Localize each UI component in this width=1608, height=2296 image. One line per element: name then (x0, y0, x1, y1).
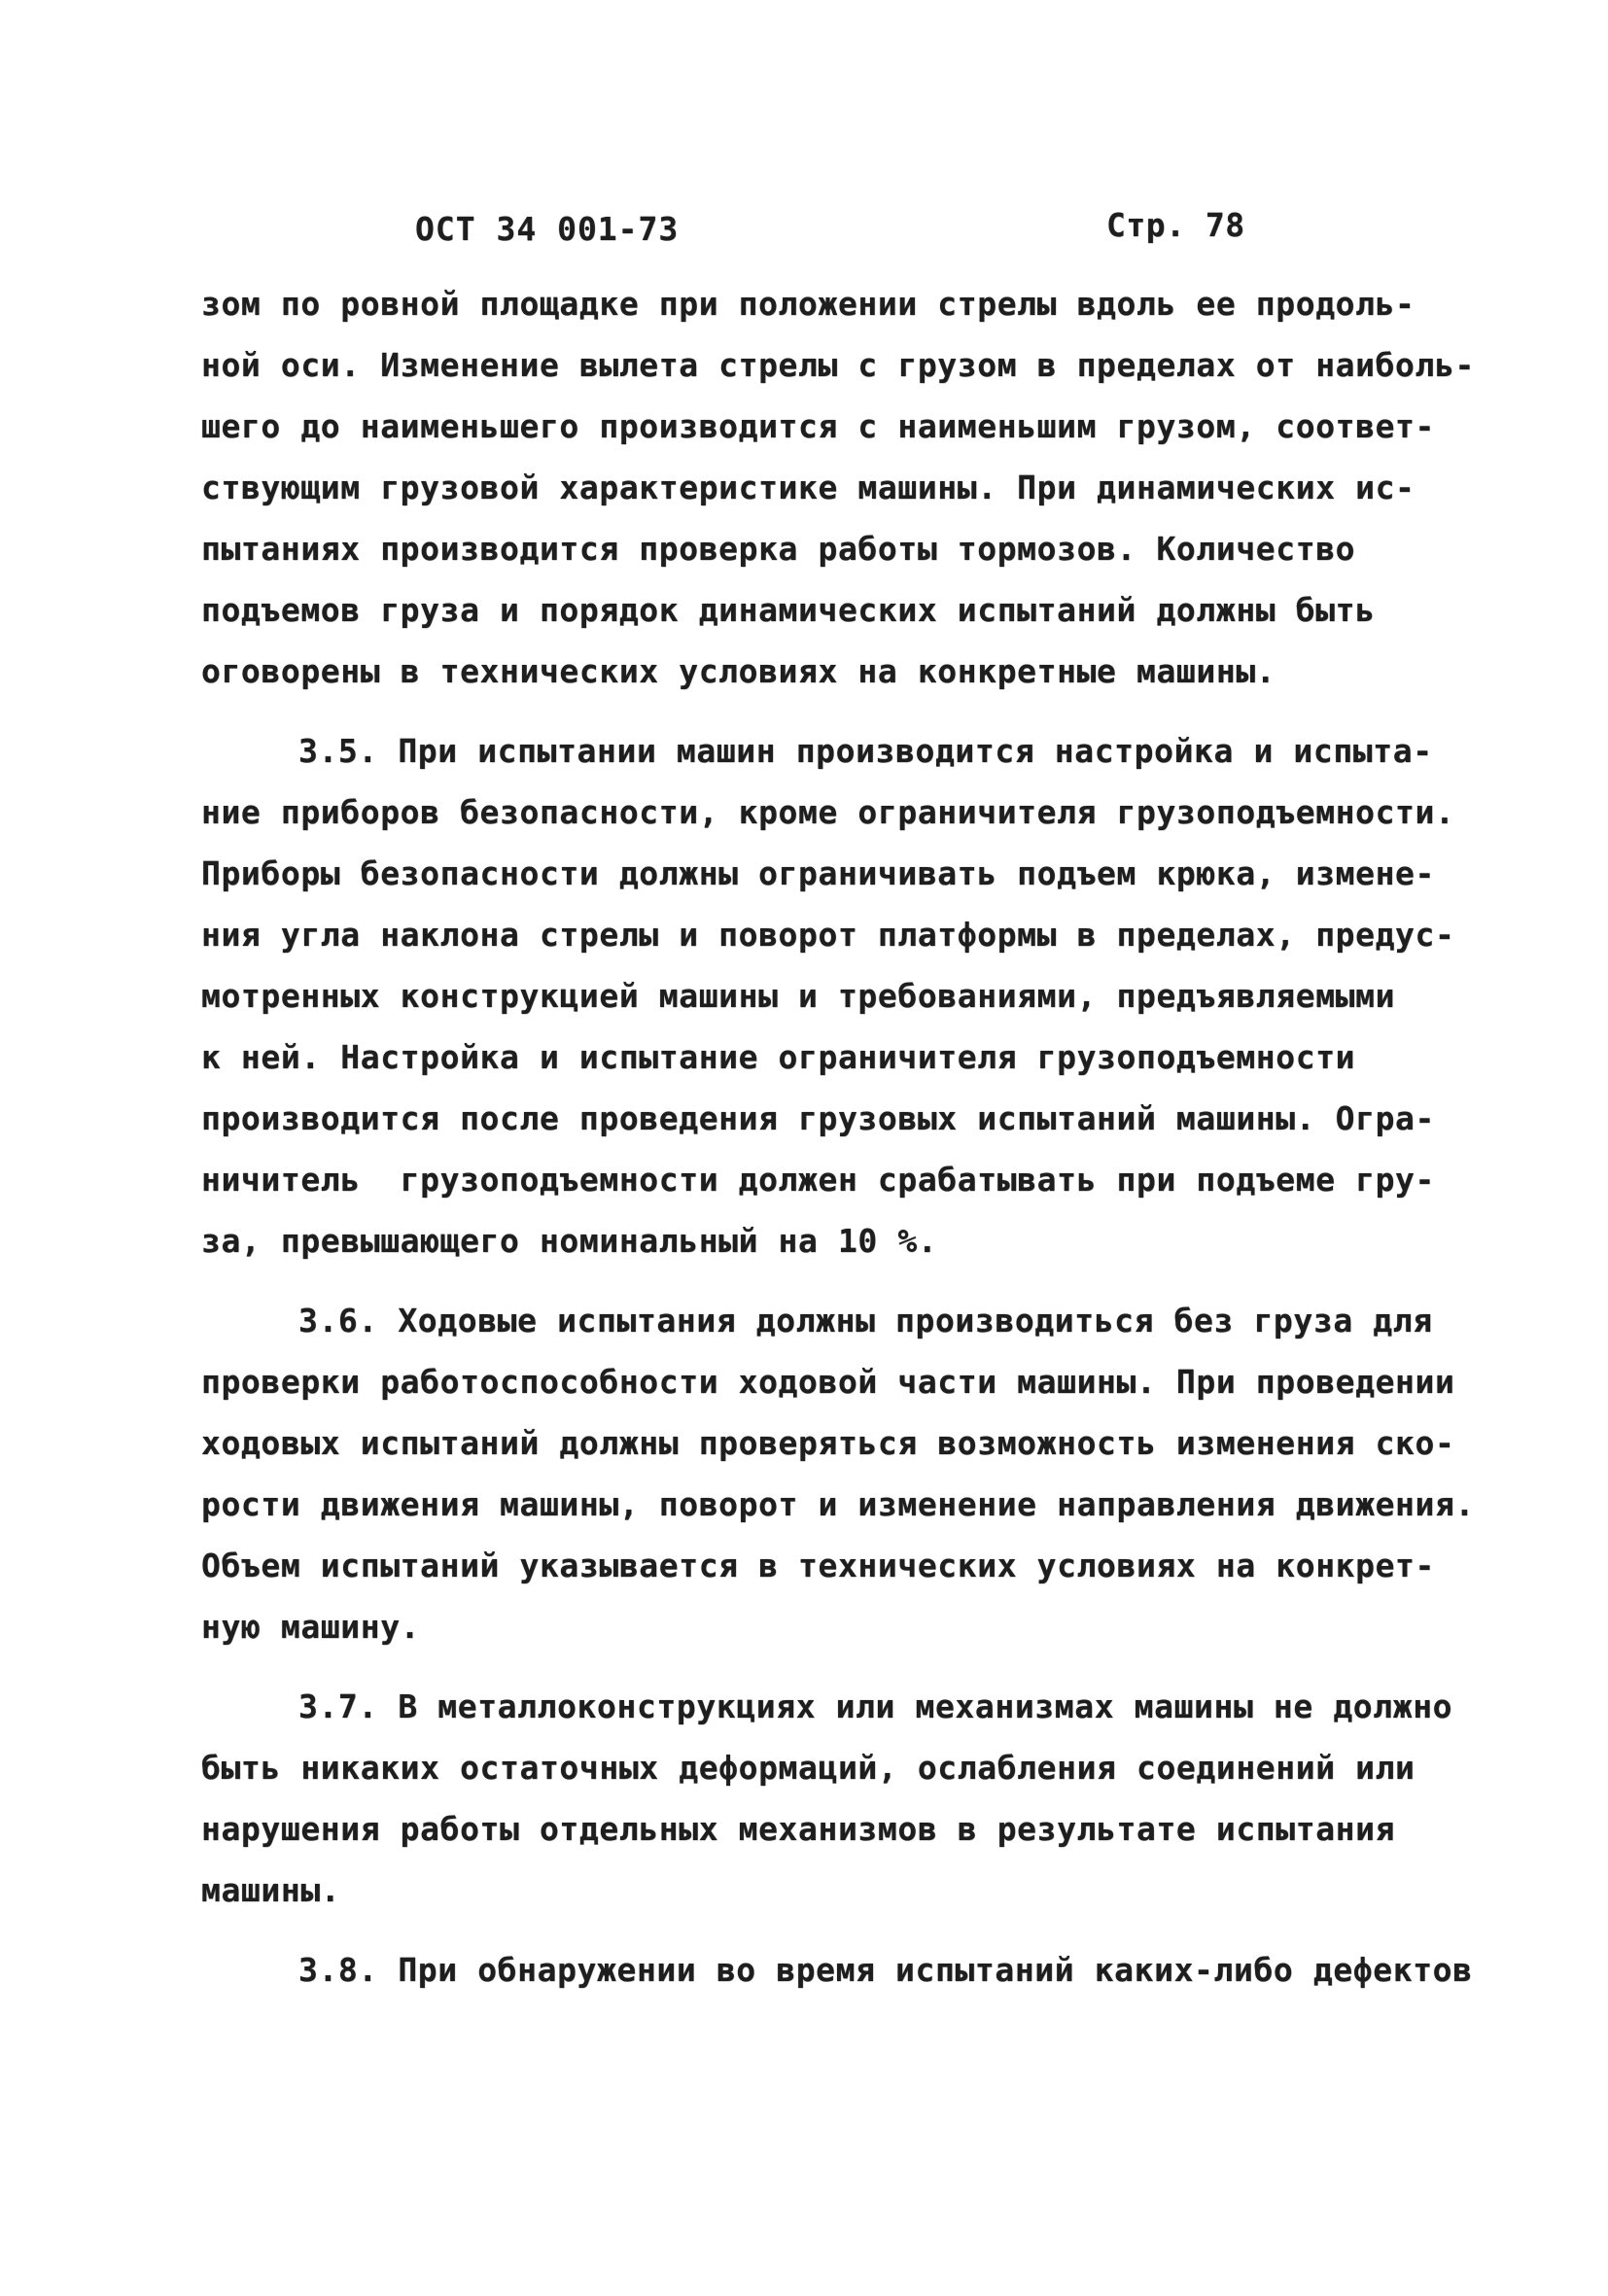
paragraph: 3.8. При обнаружении во время испытаний … (201, 1939, 1533, 2000)
paragraph: зом по ровной площадке при положении стр… (201, 273, 1533, 702)
text-line: ной оси. Изменение вылета стрелы с грузо… (201, 334, 1533, 396)
text-line: 3.5. При испытании машин производится на… (201, 720, 1533, 782)
text-line: производится после проведения грузовых и… (201, 1088, 1533, 1149)
text-line: ходовых испытаний должны проверяться воз… (201, 1412, 1533, 1474)
text-line: машины. (201, 1860, 1533, 1921)
paragraph: 3.7. В металлоконструкциях или механизма… (201, 1676, 1533, 1921)
text-line: нарушения работы отдельных механизмов в … (201, 1798, 1533, 1860)
document-standard-number: ОСТ 34 001-73 (415, 210, 679, 248)
text-line: оговорены в технических условиях на конк… (201, 641, 1533, 702)
text-line: 3.6. Ходовые испытания должны производит… (201, 1290, 1533, 1351)
paragraph: 3.6. Ходовые испытания должны производит… (201, 1290, 1533, 1657)
text-line: зом по ровной площадке при положении стр… (201, 273, 1533, 334)
text-line: подъемов груза и порядок динамических ис… (201, 579, 1533, 641)
text-line: ния угла наклона стрелы и поворот платфо… (201, 904, 1533, 965)
text-line: быть никаких остаточных деформаций, осла… (201, 1737, 1533, 1798)
text-line: к ней. Настройка и испытание ограничител… (201, 1026, 1533, 1088)
text-line: пытаниях производится проверка работы то… (201, 518, 1533, 579)
document-body-text: зом по ровной площадке при положении стр… (201, 273, 1533, 2000)
text-line: ничитель грузоподъемности должен срабаты… (201, 1149, 1533, 1210)
text-line: 3.7. В металлоконструкциях или механизма… (201, 1676, 1533, 1737)
text-line: мотренных конструкцией машины и требован… (201, 965, 1533, 1026)
text-line: рости движения машины, поворот и изменен… (201, 1474, 1533, 1535)
text-line: Объем испытаний указывается в технически… (201, 1535, 1533, 1596)
text-line: ную машину. (201, 1596, 1533, 1657)
text-line: ствующим грузовой характеристике машины.… (201, 457, 1533, 518)
text-line: 3.8. При обнаружении во время испытаний … (201, 1939, 1533, 2000)
paragraph: 3.5. При испытании машин производится на… (201, 720, 1533, 1271)
text-line: Приборы безопасности должны ограничивать… (201, 843, 1533, 904)
text-line: шего до наименьшего производится с наиме… (201, 396, 1533, 457)
scanned-document-page: ОСТ 34 001-73 Стр. 78 зом по ровной площ… (0, 0, 1608, 2296)
text-line: проверки работоспособности ходовой части… (201, 1351, 1533, 1412)
text-line: за, превышающего номинальный на 10 %. (201, 1210, 1533, 1271)
text-line: ние приборов безопасности, кроме огранич… (201, 782, 1533, 843)
page-number-label: Стр. 78 (1106, 206, 1245, 244)
